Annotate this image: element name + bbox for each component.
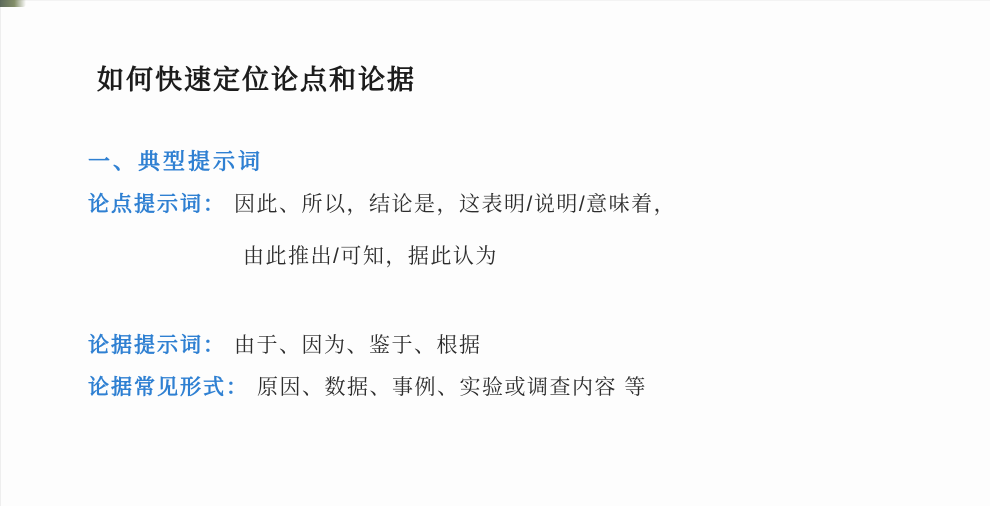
- evidence-common-forms-text: 原因、数据、事例、实验或调查内容 等: [257, 376, 647, 399]
- claim-cue-words-continuation-text: 由此推出/可知，据此认为: [243, 245, 498, 268]
- section-heading-typical-cue-words: 一、典型提示词: [88, 145, 263, 176]
- claim-cue-words-label: 论点提示词：: [88, 193, 226, 216]
- claim-cue-words-line: 论点提示词：因此、所以，结论是，这表明/说明/意味着，: [88, 188, 676, 218]
- evidence-cue-words-line: 论据提示词：由于、因为、鉴于、根据: [88, 329, 482, 359]
- evidence-cue-words-text: 由于、因为、鉴于、根据: [234, 334, 482, 357]
- claim-cue-words-text: 因此、所以，结论是，这表明/说明/意味着，: [234, 193, 676, 216]
- slide-page: 如何快速定位论点和论据 一、典型提示词 论点提示词：因此、所以，结论是，这表明/…: [0, 0, 990, 506]
- evidence-common-forms-label: 论据常见形式：: [88, 376, 249, 399]
- page-title: 如何快速定位论点和论据: [97, 58, 416, 97]
- evidence-cue-words-label: 论据提示词：: [88, 334, 226, 357]
- corner-artifact-mark: [0, 0, 26, 7]
- claim-cue-words-continuation: 由此推出/可知，据此认为: [243, 240, 498, 270]
- evidence-common-forms-line: 论据常见形式：原因、数据、事例、实验或调查内容 等: [88, 371, 647, 401]
